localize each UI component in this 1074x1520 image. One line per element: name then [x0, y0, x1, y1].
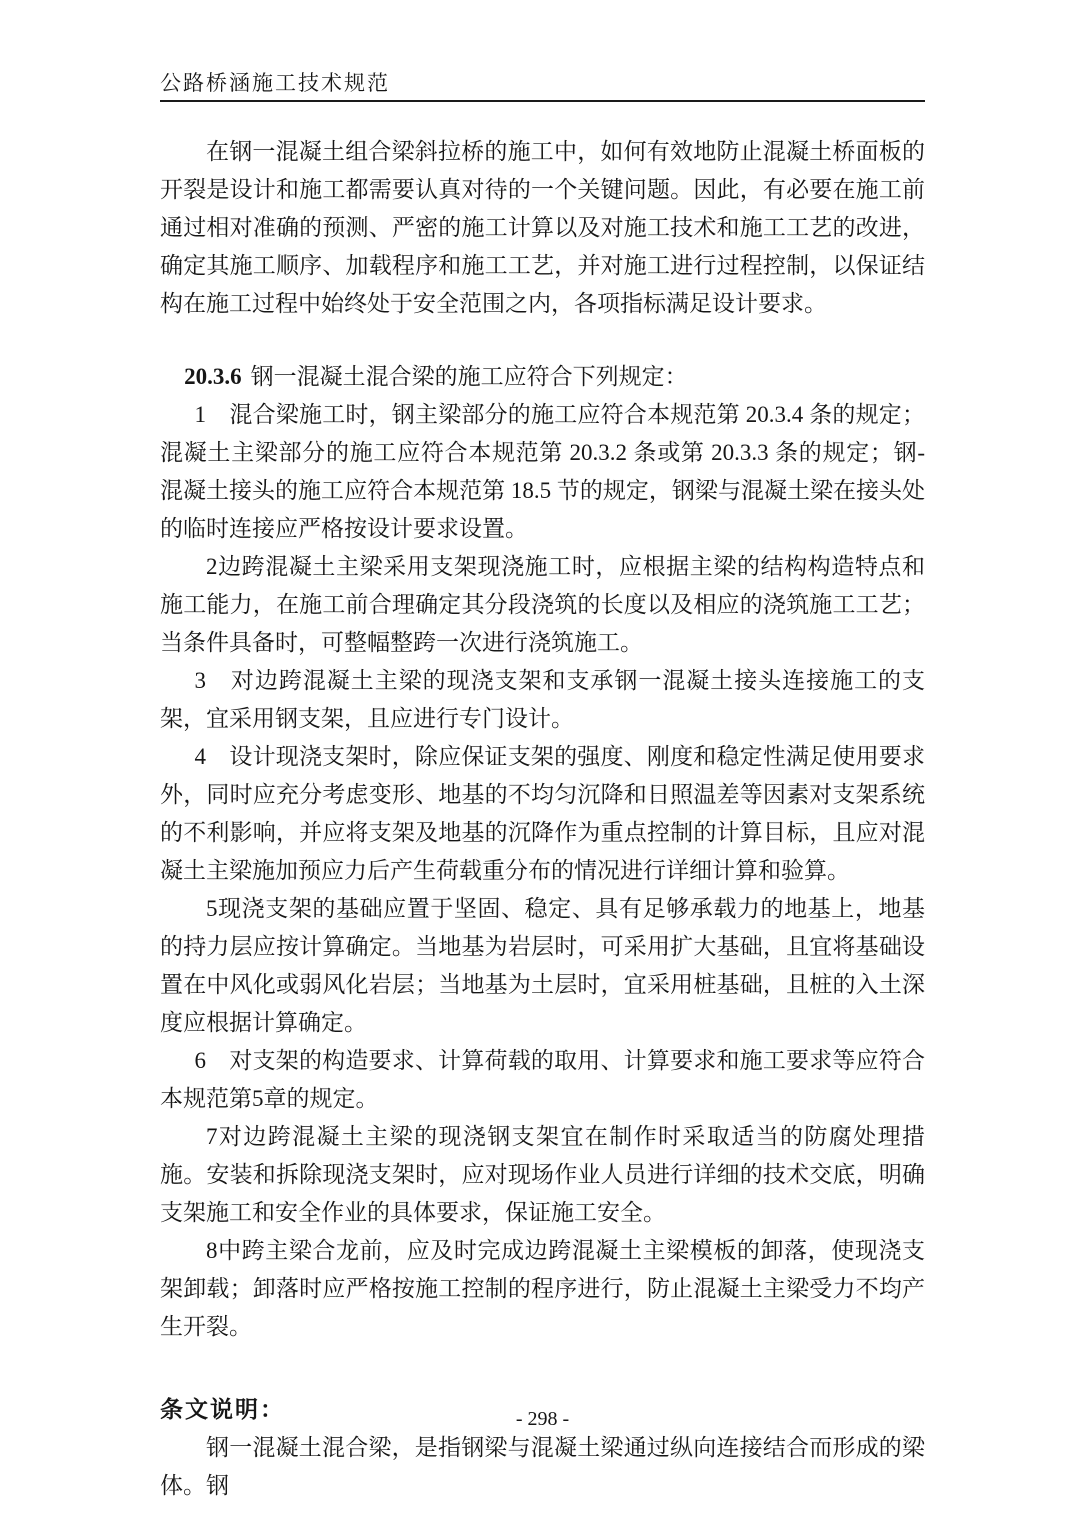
page-number: - 298 -: [516, 1408, 569, 1430]
section-title: 钢一混凝土混合梁的施工应符合下列规定：: [251, 364, 688, 389]
clause-paragraph: 7对边跨混凝土主梁的现浇钢支架宜在制作时采取适当的防腐处理措施。安装和拆除现浇支…: [160, 1118, 925, 1232]
clause-paragraph: 1 混合梁施工时，钢主梁部分的施工应符合本规范第 20.3.4 条的规定；混凝土…: [160, 396, 925, 548]
clause-paragraph: 5现浇支架的基础应置于坚固、稳定、具有足够承载力的地基上，地基的持力层应按计算确…: [160, 890, 925, 1042]
document-page: 公路桥涵施工技术规范 在钢一混凝土组合梁斜拉桥的施工中，如何有效地防止混凝土桥面…: [0, 0, 1074, 1520]
running-header: 公路桥涵施工技术规范: [160, 70, 925, 102]
clause-paragraph: 4 设计现浇支架时，除应保证支架的强度、刚度和稳定性满足使用要求外，同时应充分考…: [160, 738, 925, 890]
page-footer: - 298 -: [160, 1406, 925, 1432]
intro-paragraph: 在钢一混凝土组合梁斜拉桥的施工中，如何有效地防止混凝土桥面板的开裂是设计和施工都…: [160, 133, 925, 323]
commentary-paragraph: 钢一混凝土混合梁，是指钢梁与混凝土梁通过纵向连接结合而形成的梁体。钢: [160, 1429, 925, 1505]
page-body: 在钢一混凝土组合梁斜拉桥的施工中，如何有效地防止混凝土桥面板的开裂是设计和施工都…: [160, 133, 925, 1505]
section-heading: 20.3.6钢一混凝土混合梁的施工应符合下列规定：: [160, 358, 925, 396]
clause-paragraph: 8中跨主梁合龙前，应及时完成边跨混凝土主梁模板的卸落，使现浇支架卸载；卸落时应严…: [160, 1232, 925, 1346]
clause-paragraph: 6 对支架的构造要求、计算荷载的取用、计算要求和施工要求等应符合本规范第5章的规…: [160, 1042, 925, 1118]
clause-paragraph: 3 对边跨混凝土主梁的现浇支架和支承钢一混凝土接头连接施工的支架，宜采用钢支架，…: [160, 662, 925, 738]
section-number: 20.3.6: [184, 364, 242, 389]
header-title: 公路桥涵施工技术规范: [160, 71, 390, 95]
clause-paragraph: 2边跨混凝土主梁采用支架现浇施工时，应根据主梁的结构构造特点和施工能力，在施工前…: [160, 548, 925, 662]
